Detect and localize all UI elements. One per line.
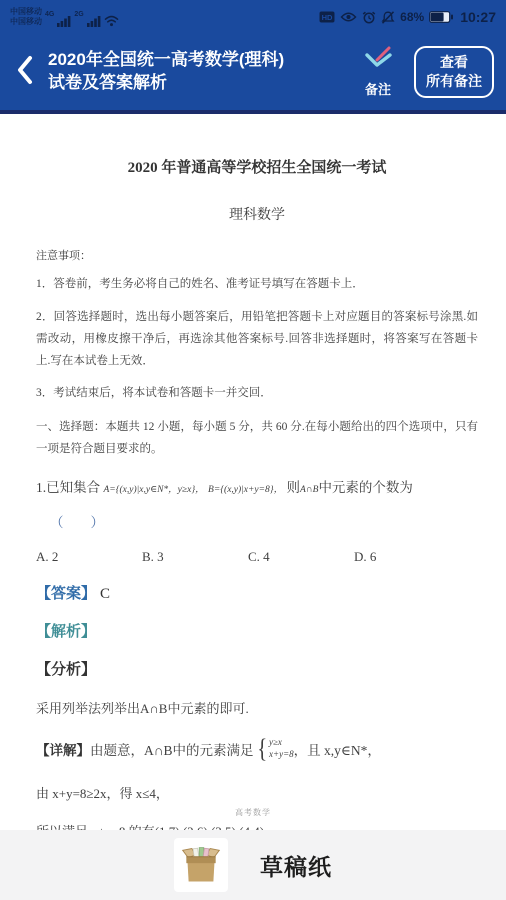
- system-brace: {: [257, 734, 267, 764]
- wifi-icon: [104, 15, 119, 27]
- detail-tail: ，且 x,y∈N*，: [294, 739, 381, 759]
- exam-document: 2020 年普通高等学校招生全国统一考试 理科数学 注意事项： 1．答卷前，考生…: [0, 114, 506, 830]
- fenxi-line: 【分析】: [36, 658, 478, 679]
- formula-set-a: A={(x,y)|x,y∈N*，y≥x}，: [104, 485, 205, 495]
- back-button[interactable]: [10, 50, 40, 94]
- option-a: A. 2: [36, 549, 142, 565]
- note-button-label: 备注: [365, 79, 391, 98]
- answer-tag: 【答案】: [36, 586, 96, 602]
- alarm-icon: [362, 11, 376, 24]
- fenxi-text: 采用列举法列举出A∩B中元素的即可.: [36, 698, 478, 717]
- question-stem: 中元素的个数为: [318, 480, 413, 495]
- view-all-notes-button[interactable]: 查看 所有备注: [414, 46, 494, 98]
- analysis-tag: 【解析】: [36, 624, 96, 640]
- battery-icon: [429, 11, 453, 23]
- sim1-network-badge: 4G: [45, 11, 54, 18]
- equation-system: y≥x x+y=8: [269, 737, 294, 760]
- view-all-line1: 查看: [426, 53, 482, 72]
- hd-icon: HD: [319, 11, 335, 23]
- detail-lead: 由题意，A∩B中的元素满足: [90, 739, 254, 759]
- option-b: B. 3: [142, 549, 248, 565]
- options-row: A. 2 B. 3 C. 4 D. 6: [36, 549, 478, 565]
- answer-blank-parentheses: （ ）: [36, 511, 478, 531]
- exam-title: 2020 年普通高等学校招生全国统一考试: [36, 156, 478, 177]
- page-title: 2020年全国统一高考数学(理科) 试卷及答案解析: [48, 49, 352, 95]
- answer-line: 【答案】C: [36, 582, 478, 603]
- formula-intersection: A∩B: [300, 485, 318, 495]
- question-stem: 已知集合: [46, 480, 100, 495]
- app-screen: 中国移动 中国移动 4G 2G HD: [0, 0, 506, 900]
- option-c: C. 4: [248, 549, 354, 565]
- question-number: 1.: [36, 480, 46, 495]
- notice-item: 3．考试结束后，将本试卷和答题卡一并交回．: [36, 383, 478, 405]
- battery-percent: 68%: [400, 10, 424, 24]
- exam-subtitle: 理科数学: [36, 204, 478, 224]
- svg-text:HD: HD: [322, 13, 333, 22]
- pen-check-icon: [360, 46, 396, 77]
- document-footer: 高考数学: [0, 807, 506, 818]
- notice-item: 2．回答选择题时，选出每小题答案后，用铅笔把答题卡上对应题目的答案标号涂黑.如需…: [36, 307, 478, 373]
- option-d: D. 6: [354, 549, 460, 565]
- signal-icon: [87, 15, 101, 27]
- signal-icon: [57, 15, 71, 27]
- formula-set-b: B={(x,y)|x+y=8}，: [208, 485, 283, 495]
- question-1: 1.已知集合 A={(x,y)|x,y∈N*，y≥x}， B={(x,y)|x+…: [36, 477, 478, 499]
- section-heading: 一、选择题：本题共 12 小题，每小题 5 分，共 60 分.在每小题给出的四个…: [36, 417, 478, 461]
- question-stem: 则: [286, 480, 300, 495]
- notice-item: 1．答卷前，考生务必将自己的姓名、准考证号填写在答题卡上．: [36, 274, 478, 296]
- view-all-line2: 所有备注: [426, 72, 482, 91]
- chevron-left-icon: [16, 55, 34, 90]
- detail-line: 【详解】 由题意，A∩B中的元素满足 { y≥x x+y=8 ，且 x,y∈N*…: [36, 734, 478, 764]
- note-button[interactable]: 备注: [360, 46, 396, 98]
- solution-step: 由 x+y=8≥2x，得 x≤4，: [36, 783, 478, 802]
- carrier-label: 中国移动 中国移动: [10, 7, 42, 27]
- cardboard-box-icon: [174, 838, 228, 892]
- scratch-paper-label: 草稿纸: [260, 849, 332, 882]
- status-bar: 中国移动 中国移动 4G 2G HD: [0, 0, 506, 34]
- answer-value: C: [100, 586, 110, 602]
- clock-time: 10:27: [460, 9, 496, 25]
- app-header: 2020年全国统一高考数学(理科) 试卷及答案解析 备注 查看 所有备注: [0, 34, 506, 110]
- fenxi-tag: 【分析】: [36, 662, 96, 678]
- sim2-network-badge: 2G: [74, 11, 83, 18]
- notice-heading: 注意事项：: [36, 247, 478, 263]
- bell-mute-icon: [381, 11, 395, 24]
- eye-icon: [340, 11, 357, 23]
- analysis-line: 【解析】: [36, 620, 478, 641]
- detail-tag: 【详解】: [36, 739, 90, 759]
- scratch-paper-button[interactable]: 草稿纸: [0, 830, 506, 900]
